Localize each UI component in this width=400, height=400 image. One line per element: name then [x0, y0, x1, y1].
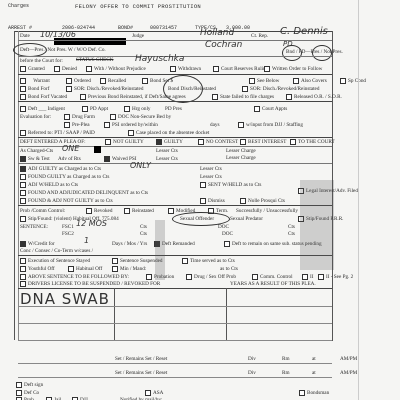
label: PSI ordered by/within [112, 122, 158, 128]
checkbox[interactable] [146, 274, 152, 280]
div-label-1: Div [248, 356, 256, 362]
checkbox[interactable] [20, 130, 26, 136]
date-label: Date [20, 33, 30, 39]
label: Sw & Test [28, 156, 50, 162]
divider [226, 288, 227, 340]
adv-rts-option[interactable]: Adv of Rts [58, 156, 81, 162]
divider [18, 205, 332, 206]
lesser-charge-label: Lesser Charge [226, 148, 256, 154]
ordered-option[interactable]: Ordered [66, 78, 91, 84]
label: II - See Pg. 2 [326, 274, 353, 280]
ruling-written-order[interactable]: Written Order to Follow [264, 66, 322, 72]
reinstated-option[interactable]: Reinstated [124, 208, 154, 214]
bondsman-option[interactable]: Bondsman [299, 390, 329, 396]
prev-bond-option[interactable]: Previous Bond Reinstated, if Deft/Same a… [80, 94, 186, 100]
checkbox-checked[interactable] [20, 156, 26, 162]
label: Comm. Control [260, 274, 293, 280]
checkbox[interactable] [16, 382, 22, 388]
fsc2-label: FSC2 [62, 231, 74, 237]
divider [18, 288, 332, 289]
divider [18, 101, 332, 102]
checkbox[interactable] [238, 122, 244, 128]
see-below-option[interactable]: See Below [249, 78, 279, 84]
checkbox[interactable] [293, 78, 299, 84]
label: DRIVERS LICENSE TO BE SUSPENDED / REVOKE… [28, 281, 160, 287]
ruling-granted[interactable]: Granted [20, 66, 45, 72]
successfully-label: Successfully / Unsuccessfully [236, 208, 298, 214]
redaction-bar [94, 146, 101, 153]
conc-consec-label: Conc / Consec / Co-Term w/cases / [20, 248, 93, 254]
warrant-option[interactable]: Warrant [20, 78, 50, 84]
checkbox[interactable] [286, 94, 292, 100]
checkbox[interactable] [20, 94, 26, 100]
checkbox[interactable] [224, 241, 230, 247]
label: NO CONTEST [206, 139, 238, 145]
checkbox[interactable] [182, 258, 188, 264]
circle-mark [282, 45, 302, 61]
checkbox[interactable] [128, 130, 134, 136]
dismiss-option[interactable]: Dismiss [200, 198, 225, 204]
scan-noise [300, 180, 334, 270]
checkbox[interactable] [20, 274, 26, 280]
drug-farm-option[interactable]: Drug Farm [64, 114, 95, 120]
judge-label: Judge [132, 33, 144, 39]
label: Court Appts [262, 106, 287, 112]
credit-for-option[interactable]: W/Credit for [20, 241, 55, 247]
label: Bondsman [307, 390, 329, 396]
checkbox-checked[interactable] [104, 156, 110, 162]
ct-rep-label: Ct. Rep. [251, 33, 268, 39]
label: Warrant [33, 78, 50, 84]
label: ASA [153, 390, 163, 396]
checkbox[interactable] [299, 390, 305, 396]
before-court-label: before the Court for: [20, 58, 63, 64]
rm-label-2: Rm [282, 370, 290, 376]
label: Execution of Sentence Stayed [28, 258, 90, 264]
set-reset-1: Set / Remains Set / Reset [115, 356, 167, 362]
label: SOR: Disch./Revoked/Reinstated [250, 86, 319, 92]
ruling-with-without[interactable]: With / Without Prejudice [86, 66, 146, 72]
lesser-cts-label-4: Lesser Cts [200, 174, 222, 180]
label: PD Appt [90, 106, 108, 112]
ii-see-pg-option[interactable]: II - See Pg. 2 [318, 274, 353, 280]
label: FOUND GUILTY as Charged as to Cts [28, 174, 109, 180]
checkbox[interactable] [64, 114, 70, 120]
checkbox[interactable] [20, 216, 26, 222]
label: Deft sign [24, 382, 43, 388]
label: Min / Mand: [120, 266, 146, 272]
court-appts-option[interactable]: Court Appts [254, 106, 287, 112]
nolle-pros-option[interactable]: Nolle Prosqui Cts [240, 198, 285, 204]
checkbox[interactable] [145, 390, 151, 396]
checkbox[interactable] [186, 274, 192, 280]
pd-appt-option[interactable]: PD Appt [82, 106, 108, 112]
cts-label-4: Cts [288, 231, 295, 237]
doc-non-secure-option[interactable]: DOC Non-Secure Bed by [110, 114, 171, 120]
divider [18, 74, 332, 75]
checkbox[interactable] [20, 86, 26, 92]
label: Nolle Prosqui Cts [248, 198, 285, 204]
bond-forf-option[interactable]: Bond Forf [20, 86, 49, 92]
div-label-2: Div [248, 370, 256, 376]
label: SENT W/HELD as to Cts [208, 182, 261, 188]
hrg-only-option[interactable]: Hrg only [124, 106, 151, 112]
label: II [310, 274, 313, 280]
label: Drug / Sex Off Prob [194, 274, 236, 280]
checkbox[interactable] [112, 258, 118, 264]
checkbox[interactable] [82, 106, 88, 112]
label: NOT GUILTY [113, 139, 144, 145]
checkbox[interactable] [110, 114, 116, 120]
no-contest-option[interactable]: NO CONTEST [198, 139, 238, 145]
checkbox[interactable] [318, 274, 324, 280]
adj-wheld-option[interactable]: ADJ W/HELD as to Cts [20, 182, 78, 188]
label: Case placed on the absentee docket [136, 130, 209, 136]
released-or-option[interactable]: Released O.R. / S.O.R. [286, 94, 342, 100]
checkbox[interactable] [20, 182, 26, 188]
checkbox[interactable] [66, 86, 72, 92]
above-sentence-option[interactable]: ABOVE SENTENCE TO BE FOLLOWED BY: [20, 274, 129, 280]
checkbox[interactable] [20, 281, 26, 287]
deft-sign-option[interactable]: Deft sign [16, 382, 43, 388]
checkbox[interactable] [80, 94, 86, 100]
label: Hrg only [132, 106, 151, 112]
checkbox[interactable] [20, 106, 26, 112]
checkbox-checked[interactable] [20, 166, 26, 172]
years-result-label: YEARS AS A RESULT OF THIS PLEA. [230, 281, 316, 287]
execution-stayed-option[interactable]: Execution of Sentence Stayed [20, 258, 90, 264]
best-interest-option[interactable]: BEST INTEREST [240, 139, 286, 145]
adj-guilty-value: ONLY [130, 161, 151, 170]
label: Withdrawn [178, 66, 201, 72]
min-mand-option[interactable]: Min / Mand: [112, 266, 146, 272]
label: Adv of Rts [58, 156, 81, 162]
also-covers-option[interactable]: Also Covers [293, 78, 327, 84]
checkbox[interactable] [20, 258, 26, 264]
checkbox[interactable] [20, 66, 26, 72]
label: W/Credit for [28, 241, 55, 247]
label: Denied [62, 66, 77, 72]
checkbox-checked[interactable] [20, 241, 26, 247]
sp-cond-option[interactable]: Sp Cond [340, 78, 366, 84]
asa-value: Hayuschka [135, 54, 184, 64]
found-adjudicated-option[interactable]: FOUND AND ADJUDICATED DELINQUENT as to C… [20, 190, 148, 196]
checkbox[interactable] [240, 139, 246, 145]
checkbox[interactable] [198, 139, 204, 145]
ct-rep-value: C. Dennis [280, 26, 328, 37]
prob-control-label: Prob /Comm Control: [20, 208, 65, 214]
guilty-option[interactable]: GUILTY [156, 139, 183, 145]
divider [18, 340, 332, 341]
sor-disch-option[interactable]: SOR: Disch./Revoked/Reinstated [66, 86, 143, 92]
at-label-2: at [312, 370, 316, 376]
label: Dismiss [208, 198, 225, 204]
divider [18, 163, 332, 164]
divider [18, 377, 332, 378]
checkbox[interactable] [20, 266, 26, 272]
lesser-cts-label: Lesser Cts [156, 148, 178, 154]
label: Deft ___ Indigent [28, 106, 65, 112]
recalled-option[interactable]: Recalled [100, 78, 126, 84]
as-charged-value: ONE [62, 144, 79, 153]
checkbox[interactable] [290, 139, 296, 145]
checkbox[interactable] [240, 198, 246, 204]
scan-noise [155, 220, 165, 280]
checkbox[interactable] [200, 182, 206, 188]
checkbox[interactable] [213, 66, 219, 72]
divider [18, 323, 332, 324]
as-charged-label: As Charged-Cts [20, 148, 53, 154]
label: Habitual Off [76, 266, 102, 272]
checkbox[interactable] [112, 266, 118, 272]
lesser-charge-label-2: Lesser Charge [226, 155, 256, 161]
label: Deft Remanded [162, 241, 195, 247]
label: Drug Farm [72, 114, 95, 120]
set-reset-2: Set / Remains Set / Reset [115, 370, 167, 376]
label: Def Co [24, 390, 39, 396]
deft-indigent-option[interactable]: Deft ___ Indigent [20, 106, 65, 112]
checkbox[interactable] [302, 274, 308, 280]
circle-mark [312, 45, 332, 61]
label: Granted [28, 66, 45, 72]
checkbox[interactable] [20, 198, 26, 204]
bond-forf-vacated-option[interactable]: Bond Forf Vacated [20, 94, 67, 100]
label: Recalled [108, 78, 126, 84]
ampm-label-2: AM/PM [340, 370, 357, 376]
label: Released O.R. / S.O.R. [294, 94, 342, 100]
label: GUILTY [164, 139, 183, 145]
fsc1-label: FSC1 [62, 224, 74, 230]
ruling-court-reserves[interactable]: Court Reserves Ruling [213, 66, 268, 72]
checkbox[interactable] [168, 208, 174, 214]
rm-label-1: Rm [282, 356, 290, 362]
cts-label-2: Cts [288, 224, 295, 230]
days-unit-label: Days / Mos / Yrs [112, 241, 147, 247]
checkbox[interactable] [142, 78, 148, 84]
label: Pre-Plea [72, 122, 90, 128]
label: State failed to file charges [220, 94, 274, 100]
charge-title: FELONY OFFER TO COMMIT PROSTITUTION [75, 4, 201, 10]
label: FOUND & ADJ NOT GUILTY as to Cts [28, 198, 113, 204]
court-minutes-form: Charges FELONY OFFER TO COMMIT PROSTITUT… [0, 0, 400, 400]
ruling-withdrawn[interactable]: Withdrawn [170, 66, 201, 72]
checkbox[interactable] [66, 78, 72, 84]
checkbox[interactable] [68, 266, 74, 272]
divider [18, 31, 19, 340]
label: w/input from DJJ / Staffing [246, 122, 303, 128]
doc-label: DOC [218, 224, 229, 230]
found-not-guilty-option[interactable]: FOUND & ADJ NOT GUILTY as to Cts [20, 198, 113, 204]
checkbox-checked[interactable] [156, 139, 162, 145]
label: FOUND AND ADJUDICATED DELINQUENT as to C… [28, 190, 148, 196]
lesser-cts-label-2: Lesser Cts [156, 156, 178, 162]
label: ADJ W/HELD as to Cts [28, 182, 78, 188]
label: Ordered [74, 78, 91, 84]
sent-wheld-option[interactable]: SENT W/HELD as to Cts [200, 182, 261, 188]
judge-value: Holland [200, 28, 234, 38]
scan-edge [358, 0, 359, 400]
sexual-predator-option[interactable]: Sexual Predator [230, 216, 263, 222]
checkbox[interactable] [54, 66, 60, 72]
checkbox[interactable] [242, 86, 248, 92]
evaluation-for-label: Evaluation for: [20, 114, 51, 120]
checkbox[interactable] [252, 274, 258, 280]
checkbox[interactable] [254, 106, 260, 112]
drivers-license-option[interactable]: DRIVERS LICENSE TO BE SUSPENDED / REVOKE… [20, 281, 160, 287]
def-co-value: Cochran [205, 40, 242, 50]
divider [14, 31, 15, 340]
checkbox[interactable] [170, 66, 176, 72]
label: Court Reserves Ruling [221, 66, 268, 72]
checkbox[interactable] [264, 66, 270, 72]
label: Referred to: PTI / SAAP / PAID [28, 130, 95, 136]
checkbox[interactable] [86, 66, 92, 72]
checkbox[interactable] [20, 174, 26, 180]
checkbox[interactable] [86, 208, 92, 214]
def-co-option[interactable]: Def Co [16, 390, 39, 396]
to-the-court-option[interactable]: TO THE COURT [290, 139, 335, 145]
pre-plea-option[interactable]: Pre-Plea [64, 122, 90, 128]
label: ABOVE SENTENCE TO BE FOLLOWED BY: [28, 274, 129, 280]
credit-value: 1 [84, 236, 89, 245]
ii-option[interactable]: II [302, 274, 313, 280]
psi-ordered-option[interactable]: PSI ordered by/within [104, 122, 158, 128]
sor-disch-option-2[interactable]: SOR: Disch./Revoked/Reinstated [242, 86, 319, 92]
status-check-struck: STATUS CHECK [76, 57, 114, 63]
found-guilty-option[interactable]: FOUND GUILTY as Charged as to Cts [20, 174, 109, 180]
days-label: days [210, 122, 220, 128]
cts-label-3: Cts [140, 231, 147, 237]
checkbox[interactable] [20, 78, 26, 84]
case-placed-option[interactable]: Case placed on the absentee docket [128, 130, 209, 136]
w-input-option[interactable]: w/input from DJJ / Staffing [238, 122, 303, 128]
label: DOC Non-Secure Bed by [118, 114, 171, 120]
checkbox[interactable] [16, 390, 22, 396]
label: Sexual Predator [230, 216, 263, 222]
as-to-cts-label: as to Cts [220, 266, 238, 272]
at-label-1: at [312, 356, 316, 362]
checkbox[interactable] [100, 78, 106, 84]
checkbox[interactable] [64, 122, 70, 128]
checkbox[interactable] [212, 94, 218, 100]
not-guilty-option[interactable]: NOT GUILTY [105, 139, 144, 145]
referred-to-option[interactable]: Referred to: PTI / SAAP / PAID [20, 130, 95, 136]
ampm-label-1: AM/PM [340, 356, 357, 362]
label: With / Without Prejudice [94, 66, 146, 72]
divider [114, 288, 115, 340]
checkbox[interactable] [124, 106, 130, 112]
youthful-off-option[interactable]: Youthful Off [20, 266, 55, 272]
label: ADJ GUILTY as Charged as to Cts [28, 166, 101, 172]
label: Bond Forf [28, 86, 49, 92]
drug-sex-prob-option[interactable]: Drug / Sex Off Prob [186, 274, 236, 280]
custody-text: Deft—Pres / Not Pres. W / W/O Def. Co. [20, 47, 106, 53]
label: See Below [257, 78, 279, 84]
asa-option[interactable]: ASA [145, 390, 163, 396]
habitual-off-option[interactable]: Habitual Off [68, 266, 102, 272]
checkbox[interactable] [340, 78, 346, 84]
checkbox[interactable] [124, 208, 130, 214]
doc-label-2: DOC [222, 231, 233, 237]
checkbox[interactable] [105, 139, 111, 145]
fsc1-value: 12 MOS [76, 219, 107, 228]
adj-guilty-option[interactable]: ADJ GUILTY as Charged as to Cts [20, 166, 101, 172]
revoked-option[interactable]: Revoked [86, 208, 112, 214]
label: Bond Forf Vacated [28, 94, 67, 100]
state-failed-option[interactable]: State failed to file charges [212, 94, 274, 100]
label: Also Covers [301, 78, 327, 84]
checkbox[interactable] [20, 190, 26, 196]
ruling-denied[interactable]: Denied [54, 66, 77, 72]
checkbox[interactable] [249, 78, 255, 84]
lesser-cts-label-3: Lesser Cts [200, 166, 222, 172]
label: BEST INTEREST [248, 139, 286, 145]
divider [18, 363, 332, 364]
label: Youthful Off [28, 266, 55, 272]
charges-label: Charges [8, 3, 29, 9]
divider [18, 306, 332, 307]
time-served-option[interactable]: Time served as to Cts [182, 258, 235, 264]
label: TO THE COURT [298, 139, 335, 145]
label: Revoked [94, 208, 112, 214]
sentence-label: SENTENCE: [20, 224, 48, 230]
label: Written Order to Follow [272, 66, 322, 72]
label: SOR: Disch./Revoked/Reinstated [74, 86, 143, 92]
pd-pres-label: PD Pres [165, 106, 182, 112]
checkbox[interactable] [200, 198, 206, 204]
cts-label: Cts [140, 224, 147, 230]
divider [18, 255, 332, 256]
label: Time served as to Cts [190, 258, 235, 264]
comm-control-option[interactable]: Comm. Control [252, 274, 293, 280]
checkbox[interactable] [104, 122, 110, 128]
label: Previous Bond Reinstated, if Deft/Same a… [88, 94, 186, 100]
label: Reinstated [132, 208, 154, 214]
divider [18, 137, 332, 138]
sw-test-option[interactable]: Sw & Test [20, 156, 50, 162]
